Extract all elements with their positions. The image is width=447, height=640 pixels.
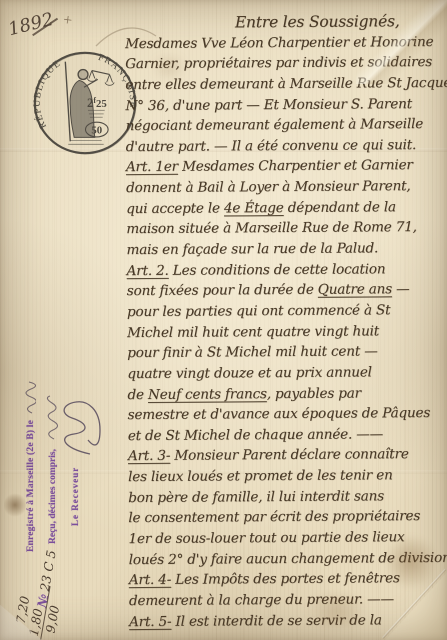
manuscript-line: entre elles demeurant à Marseille Rue St… [125,73,443,96]
manuscript-line: sont fixées pour la durée de Quatre ans … [127,279,445,302]
registration-line2: Reçu, décimes compris, [48,449,58,544]
stamp-value: 2f25 [87,96,107,110]
manuscript-line: N° 36, d'une part — Et Monsieur S. Paren… [125,93,443,116]
manuscript-line: d'autre part. — Il a été convenu ce qui … [126,135,444,158]
receveur-signature [50,388,108,460]
manuscript-line: Garnier, propriétaires par indivis et so… [125,52,443,75]
stamp-oval-value: 50 [91,124,102,136]
manuscript-line: Art. 3- Monsieur Parent déclare connaîtr… [128,444,446,467]
manuscript-line: Michel mil huit cent quatre vingt huit [127,320,445,343]
manuscript-line: Art. 1er Mesdames Charpentier et Garnier [126,155,444,178]
manuscript-line: les lieux loués et promet de les tenir e… [128,465,446,488]
manuscript-line: Mesdames Vve Léon Charpentier et Honorin… [125,32,443,55]
manuscript-line: bon père de famille, il lui interdit san… [128,486,446,509]
manuscript-line: pour les parties qui ont commencé à St [127,300,445,323]
manuscript-line: 1er de sous-louer tout ou partie des lie… [128,527,446,550]
handwritten-date-squiggle [22,380,36,414]
registration-stamp: Enregistré à Marseille (2e B) le Reçu, d… [24,384,116,552]
manuscript-line: demeurent à la charge du preneur. —— [129,589,447,612]
manuscript-line: Art. 4- Les Impôts des portes et fenêtre… [129,568,447,591]
manuscript-line: Art. 2. Les conditions de cette location [127,259,445,282]
manuscript-line: donnent à Bail à Loyer à Monsieur Parent… [126,176,444,199]
manuscript-line: le consentement par écrit des propriétai… [128,506,446,529]
registration-line3: Le Receveur [70,467,80,526]
registration-line1: Enregistré à Marseille (2e B) le [26,420,36,552]
manuscript-line: de Neuf cents francs, payables par [127,382,445,405]
manuscript-text: Entre les Soussignés, Mesdames Vve Léon … [125,11,447,632]
manuscript-line: quatre vingt douze et au prix annuel [127,362,445,385]
manuscript-line: pour finir à St Michel mil huit cent — [127,341,445,364]
manuscript-line: négociant demeurant également à Marseill… [126,114,444,137]
scanned-document-photo: 1892 + RÉPUBLIQUE FRANÇAISE 2f25 [0,0,447,640]
manuscript-line: qui accepte le 4e Étage dépendant de la [126,197,444,220]
manuscript-line: loués 2° d'y faire aucun changement de d… [129,548,447,571]
manuscript-line: mais en façade sur la rue de la Palud. [126,238,444,261]
manuscript-line: maison située à Marseille Rue de Rome 71… [126,217,444,240]
manuscript-line: Entre les Soussignés, [125,11,443,34]
manuscript-line: semestre et d'avance aux époques de Pâqu… [128,403,446,426]
manuscript-line: et de St Michel de chaque année. —— [128,424,446,447]
